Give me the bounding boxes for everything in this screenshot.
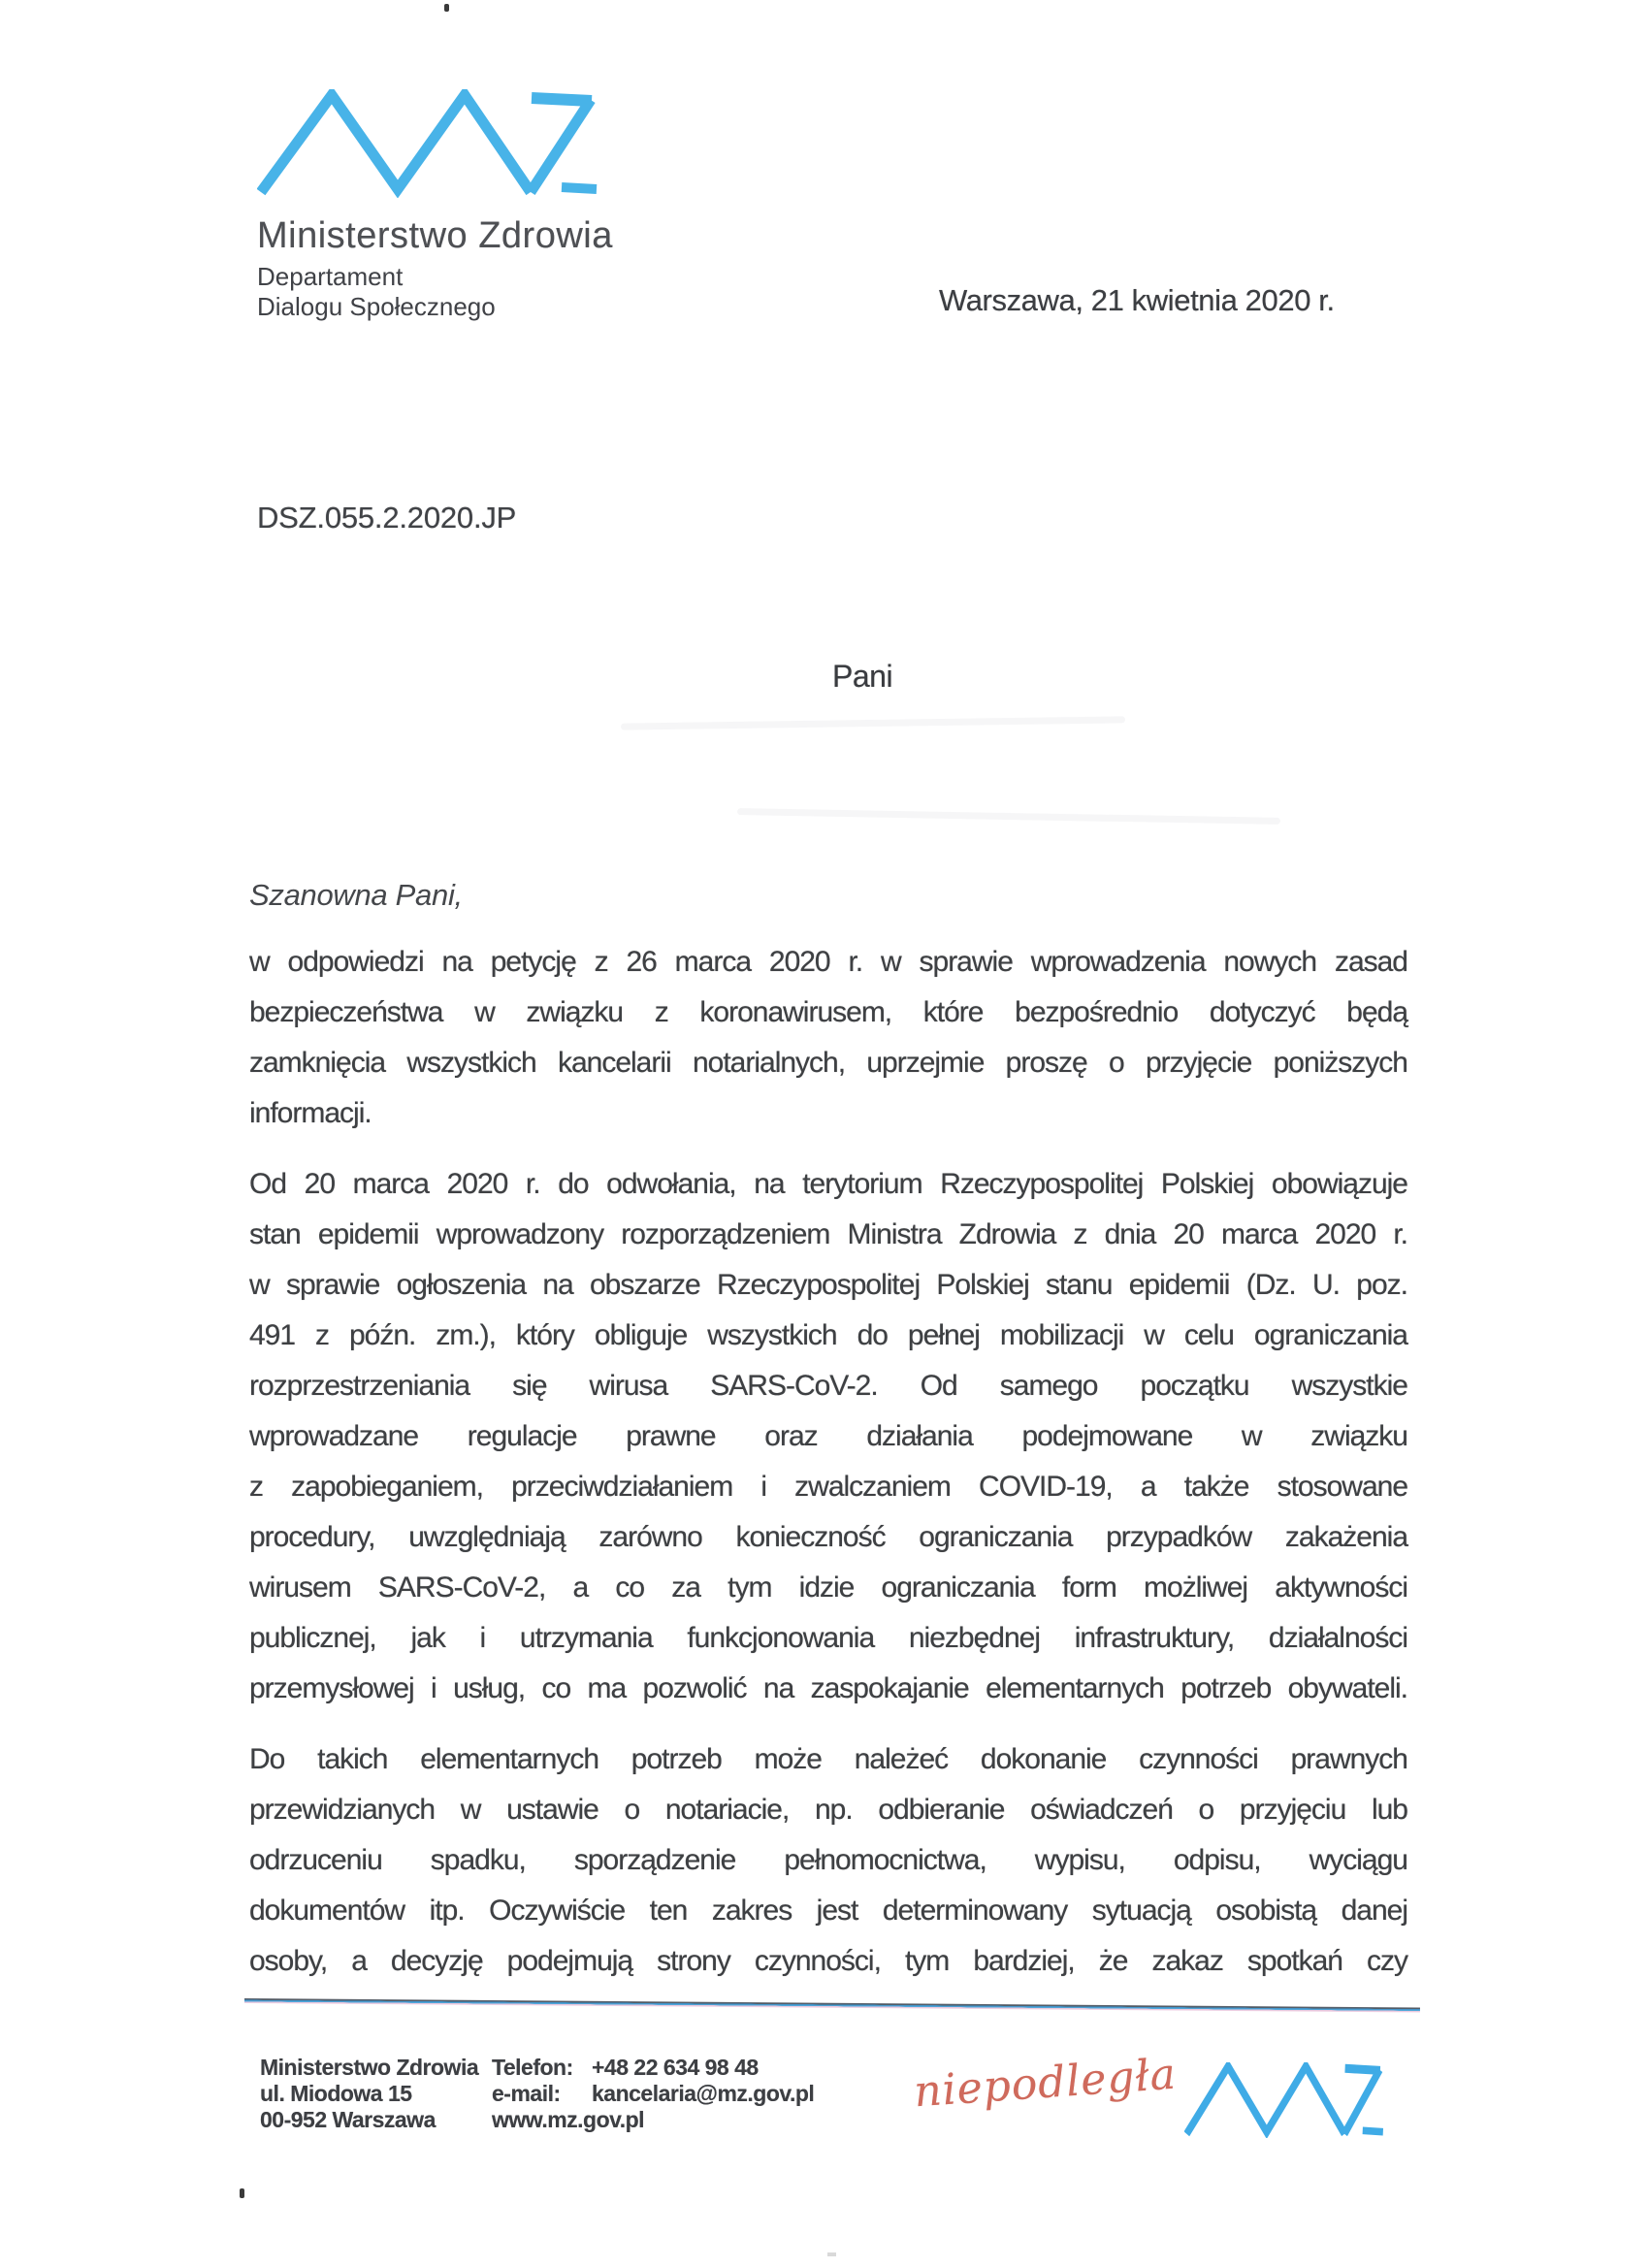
- body-line: osoby, a decyzję podejmują strony czynno…: [249, 1936, 1407, 1987]
- website-value: www.mz.gov.pl: [492, 2107, 644, 2133]
- body-line: stan epidemii wprowadzony rozporządzenie…: [249, 1210, 1407, 1260]
- body-paragraph: w odpowiedzi na petycję z 26 marca 2020 …: [249, 937, 1407, 1139]
- letter-body: w odpowiedzi na petycję z 26 marca 2020 …: [249, 937, 1407, 2007]
- body-line: publicznej, jak i utrzymania funkcjonowa…: [249, 1613, 1407, 1664]
- department-line-1: Departament: [257, 262, 403, 292]
- body-line: bezpieczeństwa w związku z koronawirusem…: [249, 988, 1407, 1038]
- body-line: z zapobieganiem, przeciwdziałaniem i zwa…: [249, 1462, 1407, 1512]
- footer-address-line: Ministerstwo Zdrowia: [260, 2055, 478, 2081]
- reference-number: DSZ.055.2.2020.JP: [257, 501, 516, 535]
- footer-address-line: ul. Miodowa 15: [260, 2081, 478, 2107]
- body-line: w odpowiedzi na petycję z 26 marca 2020 …: [249, 937, 1407, 988]
- body-line: informacji.: [249, 1088, 1407, 1139]
- scan-speck: [827, 2252, 836, 2256]
- ministry-of-health-logo-icon: [257, 89, 598, 198]
- email-label: e-mail:: [492, 2081, 592, 2107]
- footer-address-line: 00-952 Warszawa: [260, 2107, 478, 2133]
- body-line: przemysłowej i usług, co ma pozwolić na …: [249, 1664, 1407, 1714]
- scanned-letter-page: Ministerstwo Zdrowia Departament Dialogu…: [0, 0, 1649, 2268]
- redaction-smudge: [621, 716, 1125, 729]
- body-line: 491 z późn. zm.), który obliguje wszystk…: [249, 1311, 1407, 1361]
- body-line: procedury, uwzględniają zarówno konieczn…: [249, 1512, 1407, 1563]
- ministry-name: Ministerstwo Zdrowia: [257, 215, 613, 257]
- body-line: Do takich elementarnych potrzeb może nal…: [249, 1734, 1407, 1785]
- body-line: odrzuceniu spadku, sporządzenie pełnomoc…: [249, 1835, 1407, 1886]
- scan-speck: [240, 2188, 244, 2198]
- department-line-2: Dialogu Społecznego: [257, 292, 496, 322]
- redaction-smudge: [737, 808, 1280, 825]
- body-line: przewidzianych w ustawie o notariacie, n…: [249, 1785, 1407, 1835]
- body-paragraph: Od 20 marca 2020 r. do odwołania, na ter…: [249, 1159, 1407, 1714]
- body-line: rozprzestrzeniania się wirusa SARS-CoV-2…: [249, 1361, 1407, 1411]
- body-line: wprowadzane regulacje prawne oraz działa…: [249, 1411, 1407, 1462]
- phone-label: Telefon:: [492, 2055, 592, 2081]
- footer-email-row: e-mail: kancelaria@mz.gov.pl: [492, 2081, 814, 2107]
- niepodlegla-mark: niepodległa: [913, 2050, 1179, 2118]
- footer-contact: Telefon: +48 22 634 98 48 e-mail: kancel…: [492, 2055, 814, 2133]
- body-line: w sprawie ogłoszenia na obszarze Rzeczyp…: [249, 1260, 1407, 1311]
- body-line: zamknięcia wszystkich kancelarii notaria…: [249, 1038, 1407, 1088]
- scan-speck: [444, 4, 449, 12]
- body-line: wirusem SARS-CoV-2, a co za tym idzie og…: [249, 1563, 1407, 1613]
- footer-phone-row: Telefon: +48 22 634 98 48: [492, 2055, 814, 2081]
- email-value: kancelaria@mz.gov.pl: [592, 2081, 814, 2107]
- recipient-title: Pani: [832, 659, 892, 695]
- phone-value: +48 22 634 98 48: [592, 2055, 759, 2081]
- ministry-of-health-logo-icon: [1184, 2062, 1384, 2138]
- footer-address: Ministerstwo Zdrowiaul. Miodowa 1500-952…: [260, 2055, 478, 2133]
- body-line: Od 20 marca 2020 r. do odwołania, na ter…: [249, 1159, 1407, 1210]
- body-paragraph: Do takich elementarnych potrzeb może nal…: [249, 1734, 1407, 1987]
- place-and-date: Warszawa, 21 kwietnia 2020 r.: [939, 283, 1335, 318]
- body-line: dokumentów itp. Oczywiście ten zakres je…: [249, 1886, 1407, 1936]
- salutation: Szanowna Pani,: [249, 878, 463, 913]
- footer-website-row: www.mz.gov.pl: [492, 2107, 814, 2133]
